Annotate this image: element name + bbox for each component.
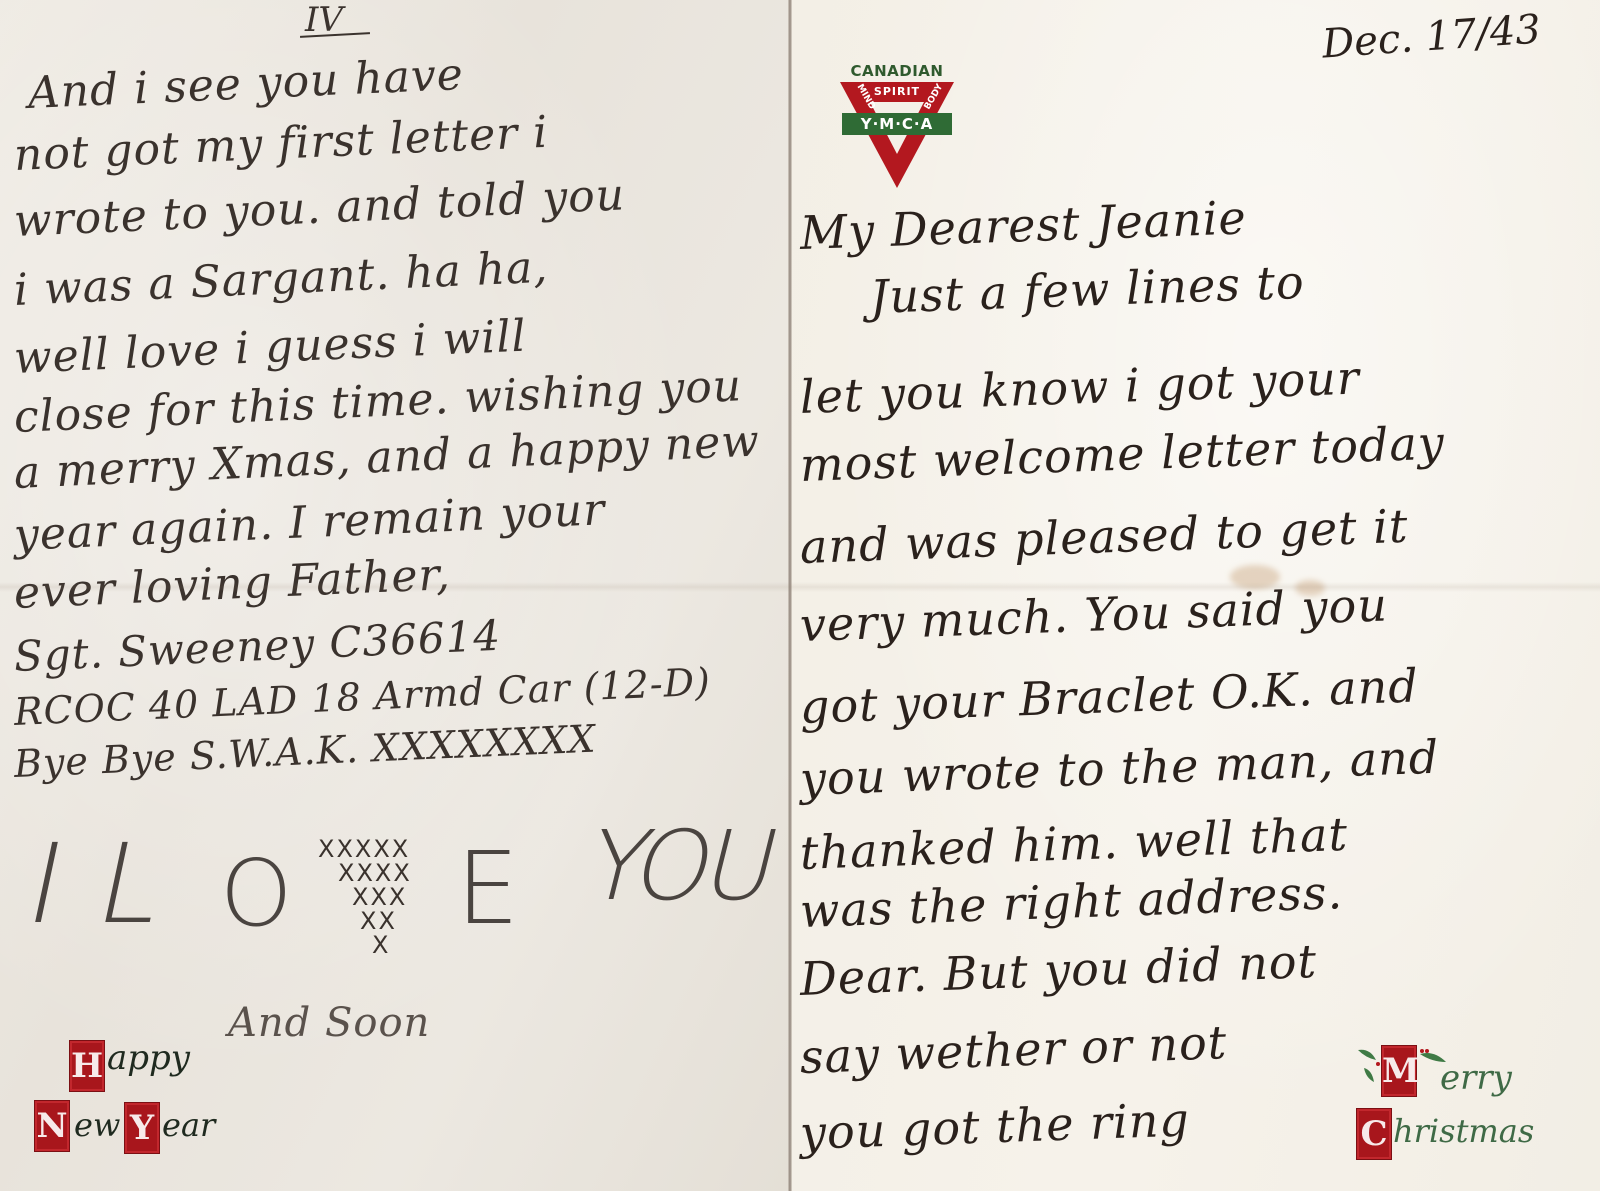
letter-line: And i see you have (27, 49, 465, 119)
letter-line: not got my first letter i (13, 107, 549, 181)
center-fold (788, 0, 792, 1191)
holly-leaf-icon (1356, 1046, 1384, 1086)
ymca-canadian-label: CANADIAN (838, 62, 956, 80)
letter-line: wrote to you. and told you (13, 169, 626, 247)
ymca-bar: Y·M·C·A (842, 113, 952, 135)
ymca-letterhead-logo: CANADIAN SPIRIT MIND BODY Y·M·C·A (838, 62, 956, 190)
greeting-text-ew: ew (74, 1106, 120, 1144)
horizontal-crease (0, 582, 1600, 592)
letter-line: i was a Sargant. ha ha, (13, 242, 549, 316)
love-letter-l: L (86, 820, 175, 948)
greeting-initial-h: H (69, 1040, 105, 1092)
ymca-spirit-label: SPIRIT (868, 85, 926, 98)
love-letter-e: E (456, 830, 519, 947)
love-word-you: YOU (576, 810, 785, 922)
greeting-initial-n: N (34, 1100, 70, 1152)
greeting-initial-m: M (1381, 1045, 1417, 1097)
closing-and-soon: And Soon (228, 1000, 430, 1046)
greeting-text-hristmas: hristmas (1393, 1112, 1534, 1150)
love-letter-o: O (220, 840, 292, 947)
greeting-text-ear: ear (162, 1106, 215, 1144)
greeting-initial-c: C (1356, 1108, 1392, 1160)
greeting-text-appy: appy (107, 1038, 190, 1078)
letter-line: year again. I remain your (13, 484, 606, 561)
love-letter-i: I (16, 820, 76, 948)
greeting-text-erry: erry (1440, 1058, 1512, 1098)
signature-line: Sgt. Sweeney C36614 (13, 611, 502, 681)
greeting-initial-y: Y (124, 1102, 160, 1154)
letter-left-page: IV And i see you have not got my first l… (0, 0, 790, 1191)
